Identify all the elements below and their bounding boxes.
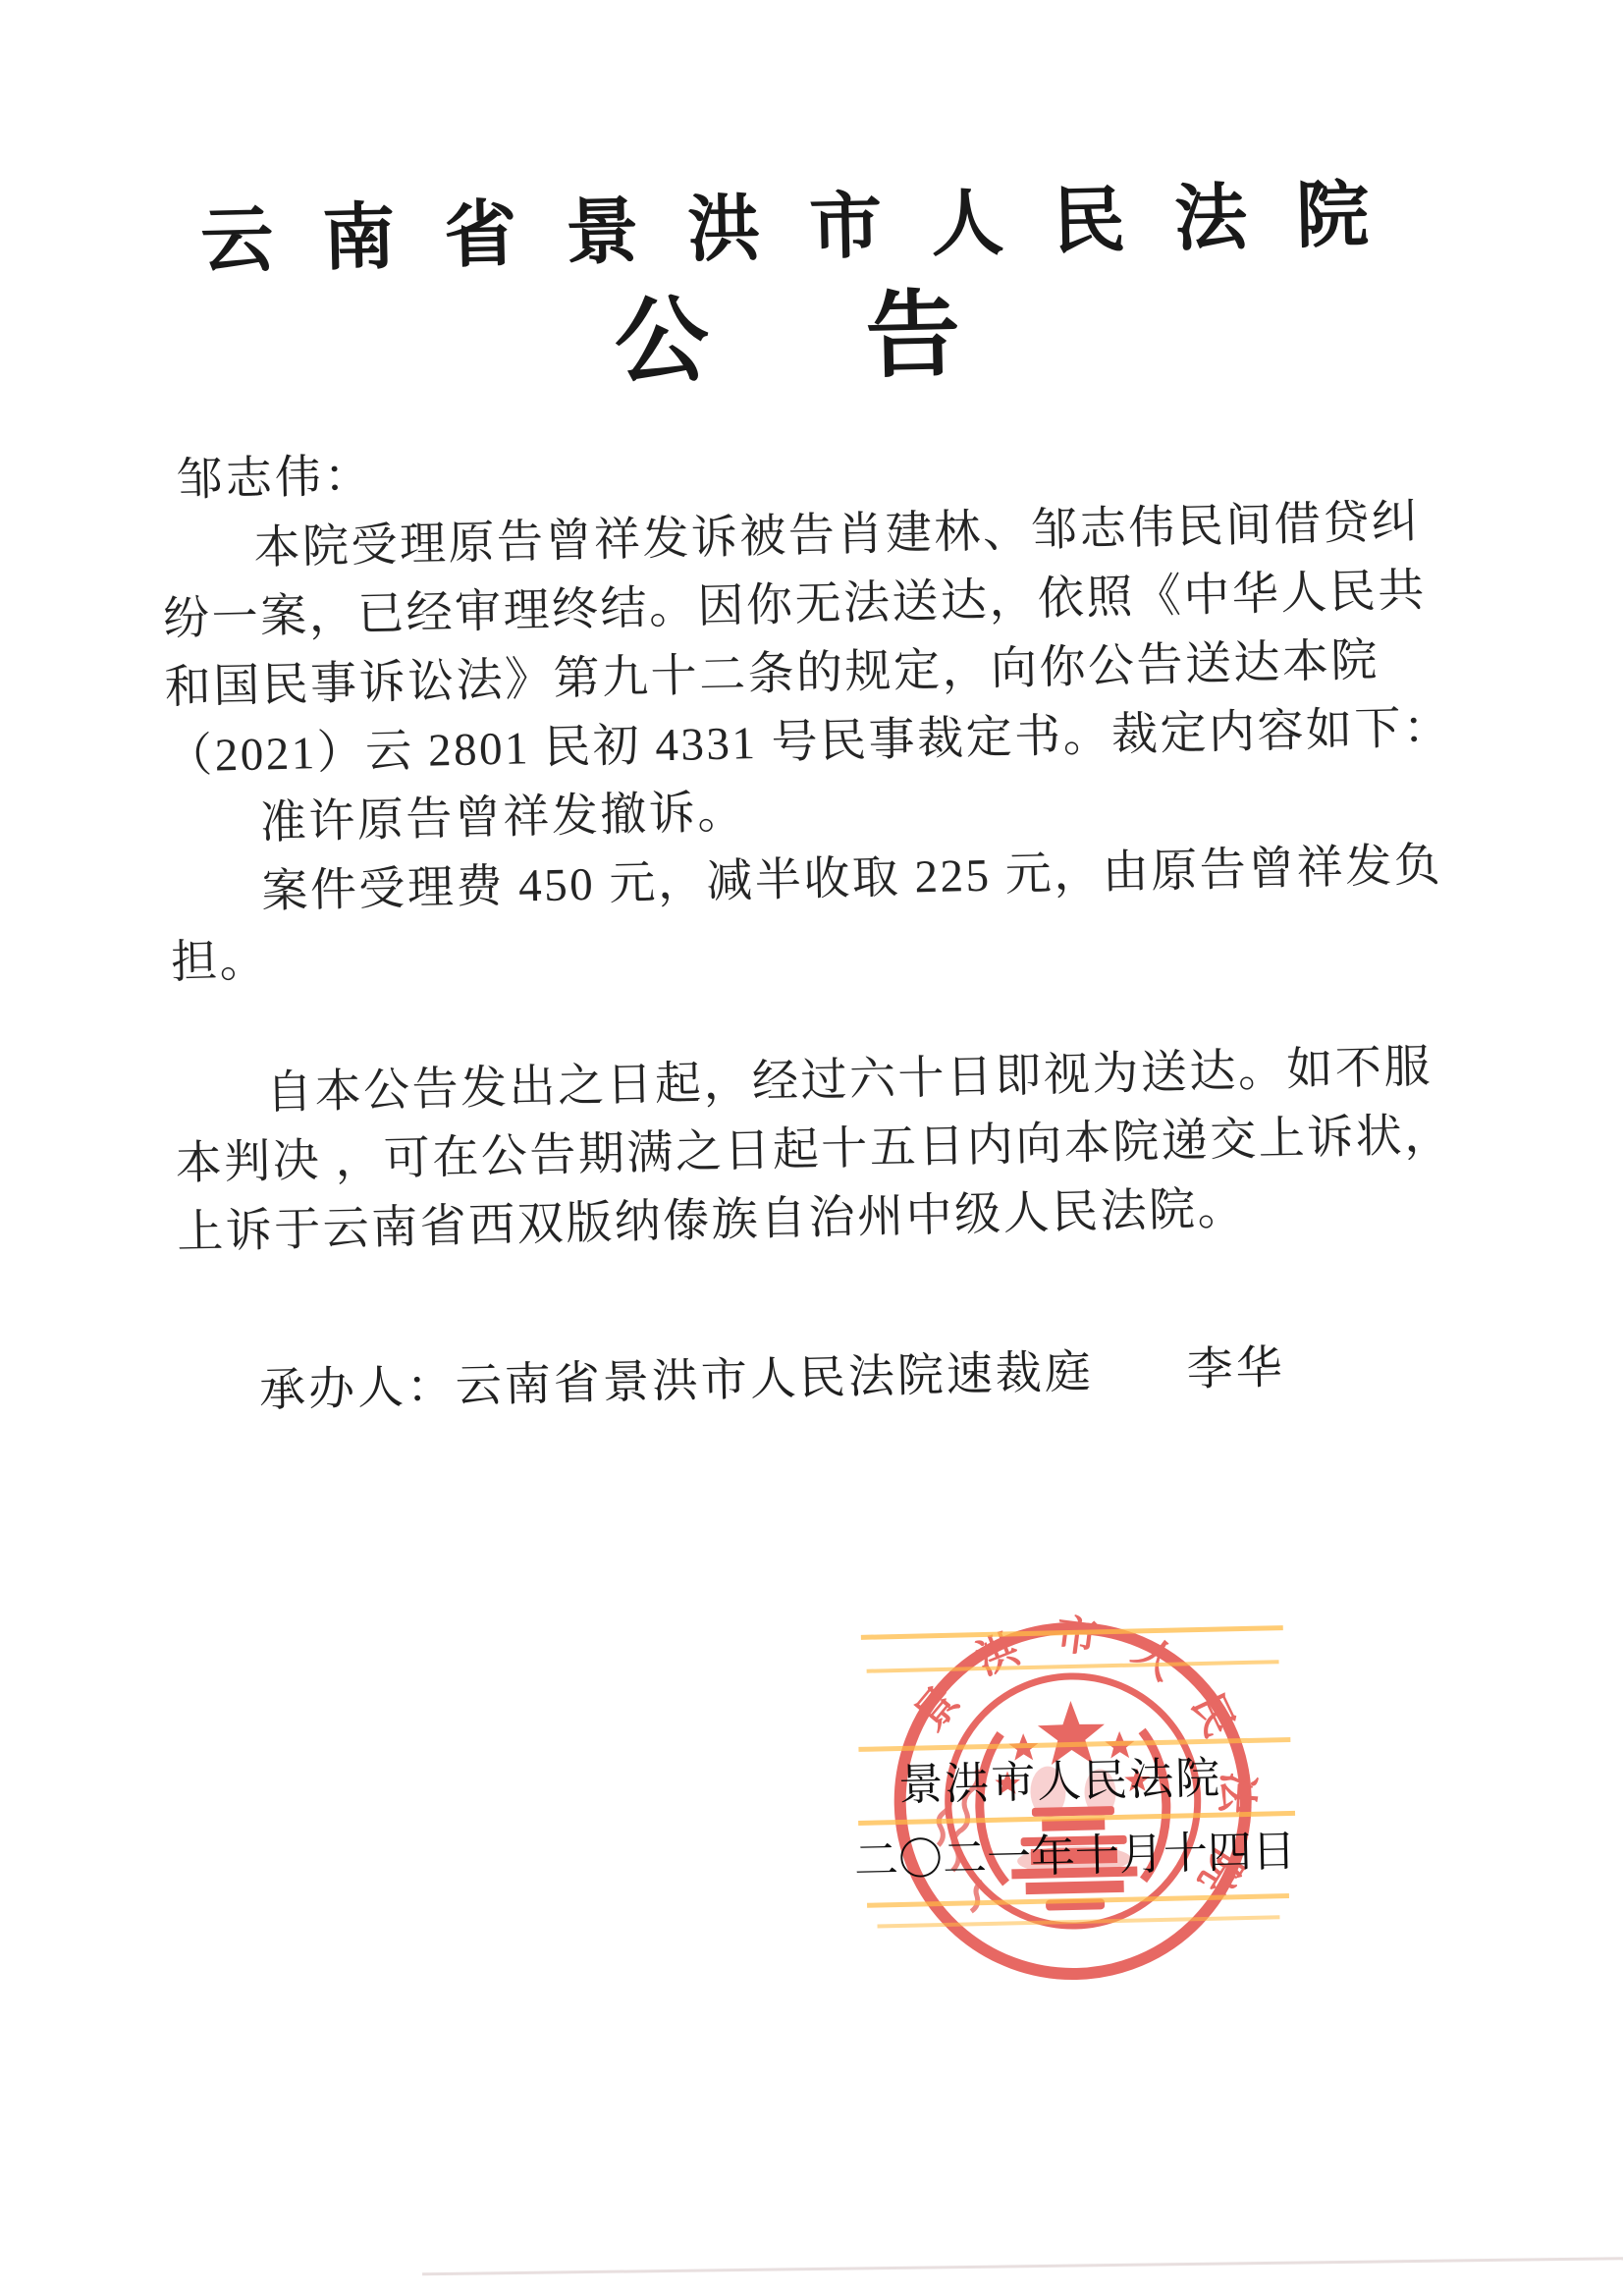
handler-label: 承办人：云南省景洪市人民法院速裁庭: [258, 1346, 1094, 1416]
scanned-document-page: 云南省景洪市人民法院 公告 邹志伟： 本院受理原告曾祥发诉被告肖建林、邹志伟民间…: [0, 0, 1623, 2296]
paper-edge-line: [422, 2257, 1623, 2275]
handler-line: 承办人：云南省景洪市人民法院速裁庭李华: [172, 1335, 1449, 1422]
court-title: 云南省景洪市人民法院: [146, 177, 1424, 278]
court-announcement: 云南省景洪市人民法院 公告 邹志伟： 本院受理原告曾祥发诉被告肖建林、邹志伟民间…: [146, 177, 1465, 2071]
handler-name: 李华: [1186, 1342, 1285, 1395]
handler-spacer: [1094, 1385, 1187, 1387]
seal-court-name: 景洪市人民法院: [897, 1742, 1221, 1813]
notice-title: 公告: [148, 277, 1427, 400]
announcement-body: 本院受理原告曾祥发诉被告肖建林、邹志伟民间借贷纠 纷一案，已经审理终结。因你无法…: [153, 487, 1446, 1267]
seal-date: 二〇二一年十月十四日: [853, 1815, 1296, 1888]
